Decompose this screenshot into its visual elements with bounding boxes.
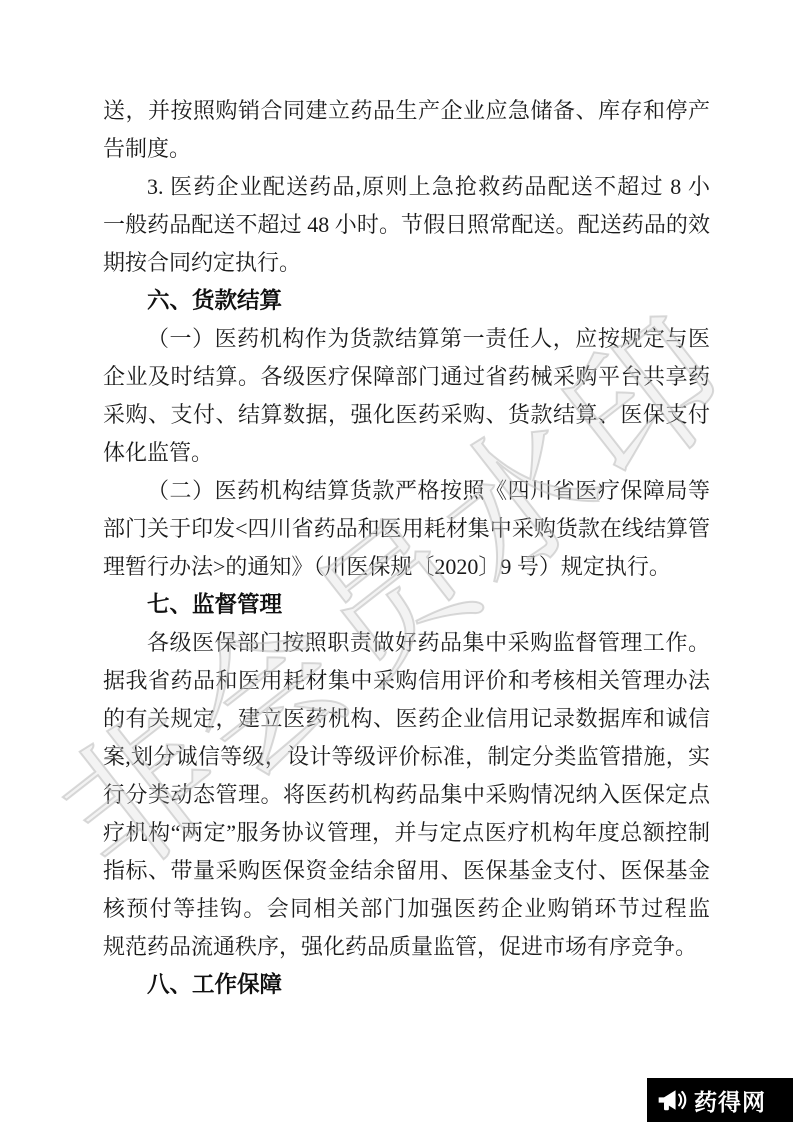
section-heading: 六、货款结算 xyxy=(103,282,710,320)
doc-line: 送，并按照购销合同建立药品生产企业应急储备、库存和停产报 xyxy=(103,92,710,130)
doc-line: 部门关于印发<四川省药品和医用耗材集中采购货款在线结算管 xyxy=(103,510,710,548)
doc-line: 采购、支付、结算数据，强化医药采购、货款结算、医保支付一 xyxy=(103,396,710,434)
doc-line: 规范药品流通秩序，强化药品质量监管，促进市场有序竞争。 xyxy=(103,928,710,966)
doc-line: 指标、带量采购医保资金结余留用、医保基金支付、医保基金考 xyxy=(103,852,710,890)
doc-line: 行分类动态管理。将医药机构药品集中采购情况纳入医保定点医 xyxy=(103,776,710,814)
doc-line: （一）医药机构作为货款结算第一责任人，应按规定与医药 xyxy=(103,320,710,358)
doc-line: 的有关规定，建立医药机构、医药企业信用记录数据库和诚信档 xyxy=(103,700,710,738)
doc-line: 体化监管。 xyxy=(103,434,710,472)
doc-line: 据我省药品和医用耗材集中采购信用评价和考核相关管理办法 xyxy=(103,662,710,700)
doc-line: 理暂行办法>的通知》（川医保规〔2020〕9 号）规定执行。 xyxy=(103,548,710,586)
doc-line: 企业及时结算。各级医疗保障部门通过省药械采购平台共享药品 xyxy=(103,358,710,396)
doc-line: 各级医保部门按照职责做好药品集中采购监督管理工作。根 xyxy=(103,624,710,662)
brand-name: 药得网 xyxy=(694,1084,766,1117)
doc-line: 疗机构“两定”服务协议管理，并与定点医疗机构年度总额控制 xyxy=(103,814,710,852)
doc-line: 一般药品配送不超过 48 小时。节假日照常配送。配送药品的效 xyxy=(103,206,710,244)
document-page: 非会员水印 送，并按照购销合同建立药品生产企业应急储备、库存和停产报 告制度。 … xyxy=(0,0,793,1122)
megaphone-icon xyxy=(656,1086,688,1114)
section-heading: 八、工作保障 xyxy=(103,966,710,1004)
doc-line: （二）医药机构结算货款严格按照《四川省医疗保障局等三 xyxy=(103,472,710,510)
doc-line: 告制度。 xyxy=(103,130,710,168)
document-body: 送，并按照购销合同建立药品生产企业应急储备、库存和停产报 告制度。 3. 医药企… xyxy=(103,92,710,1004)
doc-line: 3. 医药企业配送药品,原则上急抢救药品配送不超过 8 小时， xyxy=(103,168,710,206)
doc-line: 核预付等挂钩。会同相关部门加强医药企业购销环节过程监控， xyxy=(103,890,710,928)
doc-line: 案,划分诚信等级，设计等级评价标准，制定分类监管措施，实 xyxy=(103,738,710,776)
section-heading: 七、监督管理 xyxy=(103,586,710,624)
doc-line: 期按合同约定执行。 xyxy=(103,244,710,282)
footer-brand-bar: 药得网 xyxy=(647,1078,793,1122)
